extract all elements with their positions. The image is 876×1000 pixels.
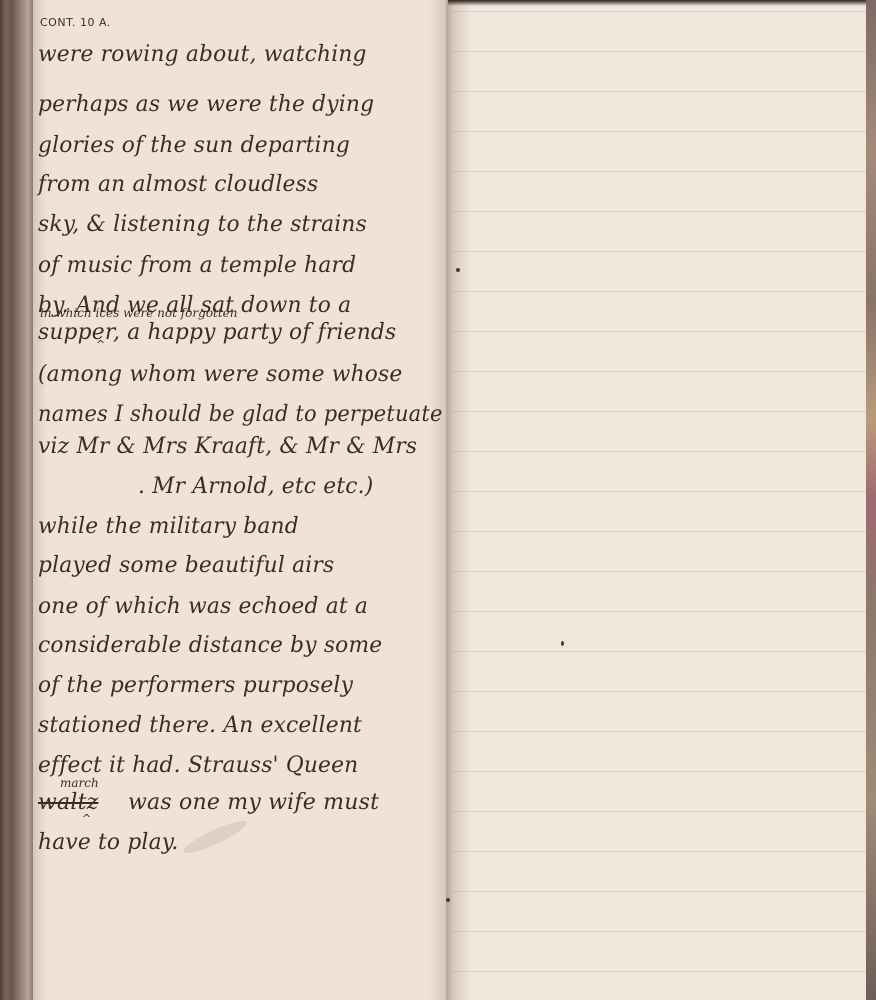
binding-stitch-mark — [456, 268, 460, 272]
binding-stitch-mark — [446, 898, 450, 902]
page-header-label: CONT. 10 A. — [40, 16, 111, 29]
handwritten-line: one of which was echoed at a — [38, 594, 443, 619]
interlinear-insertion: in which ices were not forgotten — [40, 306, 238, 320]
handwritten-line: perhaps as we were the dying — [38, 92, 443, 117]
handwritten-line: played some beautiful airs — [38, 553, 443, 578]
left-page-block-edge — [0, 0, 32, 1000]
handwritten-line: supper, a happy party of friends — [38, 320, 443, 345]
handwritten-line: viz Mr & Mrs Kraaft, & Mr & Mrs — [38, 434, 443, 459]
handwritten-line: of music from a temple hard — [38, 253, 443, 278]
handwritten-line: sky, & listening to the strains — [38, 212, 443, 237]
paper-speck — [561, 641, 564, 646]
insertion-caret-mark: ^ — [82, 812, 91, 825]
handwritten-line: have to play. — [38, 830, 443, 855]
handwritten-line: from an almost cloudless — [38, 172, 443, 197]
handwritten-line: glories of the sun departing — [38, 133, 443, 158]
handwritten-line: were rowing about, watching — [38, 42, 443, 67]
handwritten-line: . Mr Arnold, etc etc.) — [138, 474, 543, 499]
handwritten-line: of the performers purposely — [38, 673, 443, 698]
handwritten-line: was one my wife must — [128, 790, 448, 815]
handwritten-line: considerable distance by some — [38, 633, 443, 658]
handwritten-line: stationed there. An excellent — [38, 713, 443, 738]
handwritten-line: while the military band — [38, 514, 443, 539]
replacement-word: march — [60, 776, 99, 790]
top-edge-shadow — [448, 0, 868, 6]
handwritten-line: (among whom were some whose — [38, 362, 443, 387]
notebook-spread: CONT. 10 A. were rowing about, watching … — [0, 0, 876, 1000]
right-page-blank-ruled — [452, 0, 867, 1000]
right-page-block-edge — [866, 0, 876, 1000]
handwritten-line: names I should be glad to perpetuate — [38, 402, 429, 427]
handwritten-line: effect it had. Strauss' Queen — [38, 753, 443, 778]
